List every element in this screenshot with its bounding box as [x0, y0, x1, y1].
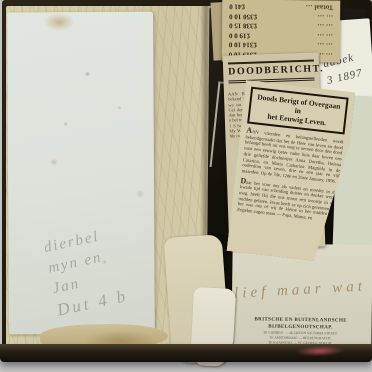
doodbericht-headline: DOODBERICHT. — [228, 60, 315, 84]
photo-open-scrapbook: dierbel myn en Jan Dut 4 b adoek 3 1897 … — [0, 0, 372, 372]
pink-stamp-smudge — [296, 345, 344, 357]
doods-berigt-body-2: Daar het voor ons als vaders en moeder i… — [237, 178, 338, 225]
ink-handwriting-mid: lief maar wat — [234, 278, 371, 303]
table-row: … … £338 15 0 — [229, 21, 333, 31]
table-row: … … £314 10 0 — [229, 40, 333, 50]
table-row: … … £350 10 0 — [229, 11, 333, 21]
doods-berigt-body-1: AAN vrienden en belangstellenden wordt b… — [241, 127, 344, 185]
doods-berigt-boxed-headline: Doods Berigt of Overgaan in het Eeuwig L… — [247, 87, 349, 135]
printed-imprint-block: — · — BRITSCHE EN BUITENLANDSCHE BIJBELG… — [231, 311, 369, 347]
table-row: … … £19 0 0 — [229, 30, 333, 40]
table-total-row: Totaal … £41 0 — [229, 2, 333, 12]
